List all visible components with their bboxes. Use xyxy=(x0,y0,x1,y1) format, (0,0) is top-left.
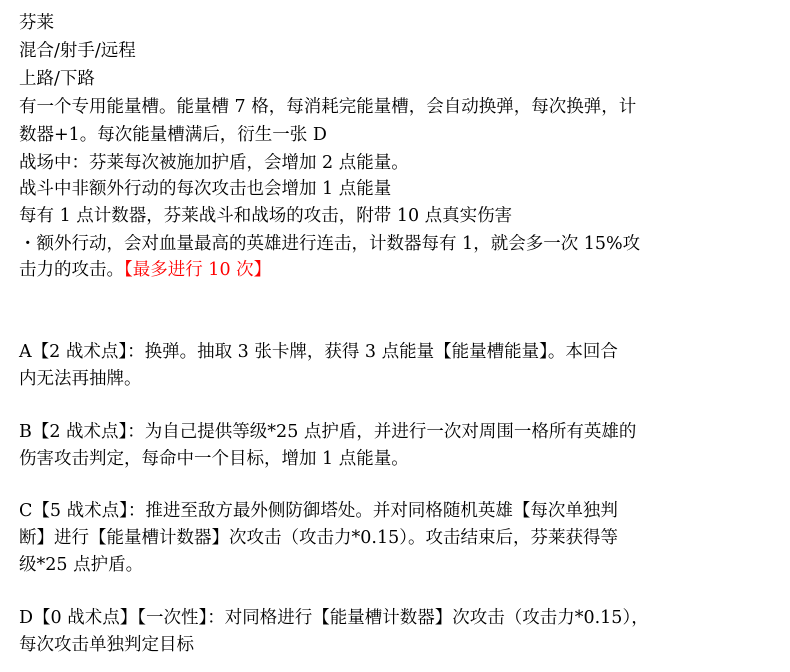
document-page: 芬莱 混合/射手/远程 上路/下路 有一个专用能量槽。能量槽 7 格，每消耗完能… xyxy=(0,0,790,672)
skill-b-line-1: B【2 战术点】：为自己提供等级*25 点护盾，并进行一次对周围一格所有英雄的 xyxy=(19,421,636,444)
passive-line-7: 击力的攻击。【最多进行 10 次】 xyxy=(19,259,271,282)
passive-line-6: ・额外行动，会对血量最高的英雄进行连击，计数器每有 1，就会多一次 15%攻 xyxy=(19,233,640,256)
passive-line-5: 每有 1 点计数器，芬莱战斗和战场的攻击，附带 10 点真实伤害 xyxy=(19,205,512,228)
skill-c-line-3: 级*25 点护盾。 xyxy=(19,554,143,577)
passive-line-2: 数器+1。每次能量槽满后，衍生一张 D xyxy=(19,124,327,147)
passive-line-4: 战斗中非额外行动的每次攻击也会增加 1 点能量 xyxy=(19,178,391,201)
passive-line-1: 有一个专用能量槽。能量槽 7 格，每消耗完能量槽，会自动换弹，每次换弹，计 xyxy=(19,96,636,119)
hero-name: 芬莱 xyxy=(19,12,54,35)
skill-c-line-2: 断】进行【能量槽计数器】次攻击（攻击力*0.15）。攻击结束后，芬莱获得等 xyxy=(19,527,618,550)
skill-a-line-2: 内无法再抽牌。 xyxy=(19,368,142,391)
max-attacks-highlight: 【最多进行 10 次】 xyxy=(124,260,271,280)
hero-lanes: 上路/下路 xyxy=(19,68,95,91)
passive-line-3: 战场中：芬莱每次被施加护盾，会增加 2 点能量。 xyxy=(19,152,409,175)
skill-d-line-2: 每次攻击单独判定目标 xyxy=(19,634,194,657)
hero-type: 混合/射手/远程 xyxy=(19,40,136,63)
skill-c-line-1: C【5 战术点】：推进至敌方最外侧防御塔处。并对同格随机英雄【每次单独判 xyxy=(19,500,618,523)
skill-b-line-2: 伤害攻击判定，每命中一个目标，增加 1 点能量。 xyxy=(19,448,409,471)
passive-line-7-text: 击力的攻击。 xyxy=(19,260,124,280)
skill-a-line-1: A【2 战术点】：换弹。抽取 3 张卡牌，获得 3 点能量【能量槽能量】。本回合 xyxy=(19,341,618,364)
skill-d-line-1: D【0 战术点】【一次性】：对同格进行【能量槽计数器】次攻击（攻击力*0.15）… xyxy=(19,607,649,630)
